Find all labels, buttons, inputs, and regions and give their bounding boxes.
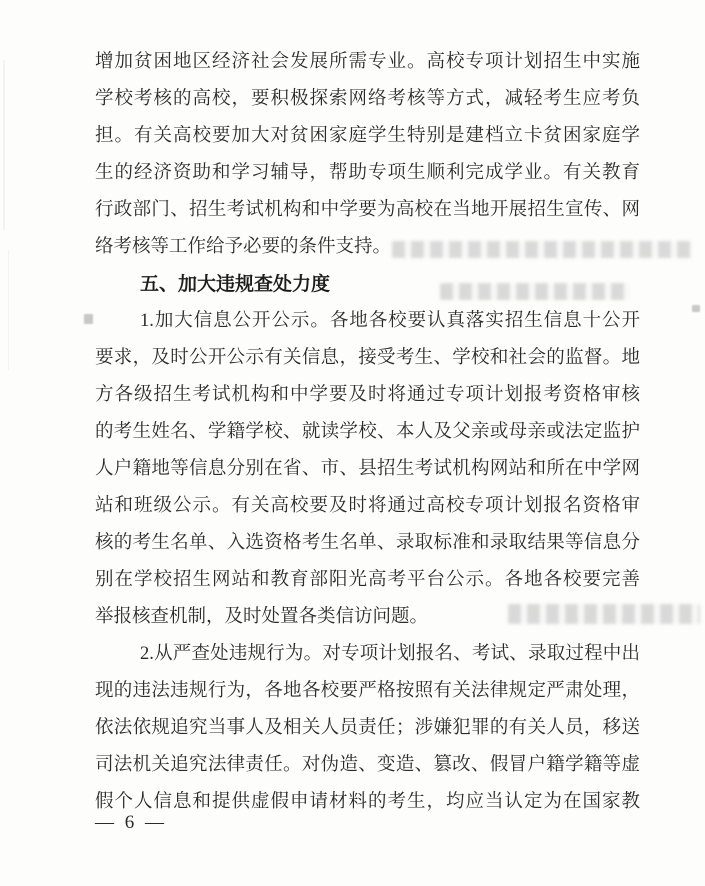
text-line: 依法依规追究当事人及相关人员责任；涉嫌犯罪的有关人员，移送 [95, 710, 640, 747]
ink-speck-artifact [84, 314, 93, 324]
text-line: 行政部门、招生考试机构和中学要为高校在当地开展招生宣传、网 [95, 192, 640, 229]
document-page: 增加贫困地区经济社会发展所需专业。高校专项计划招生中实施 学校考核的高校，要积极… [0, 0, 705, 886]
text-line: 增加贫困地区经济社会发展所需专业。高校专项计划招生中实施 [95, 44, 640, 81]
text-line: 核的考生名单、入选资格考生名单、录取标准和录取结果等信息分 [95, 525, 640, 562]
paragraph-lead-line: 2.从严查处违规行为。对专项计划报名、考试、录取过程中出 [95, 636, 640, 673]
text-line: 担。有关高校要加大对贫困家庭学生特别是建档立卡贫困家庭学 [95, 118, 640, 155]
section-heading: 五、加大违规查处力度 [95, 266, 640, 303]
text-line: 学校考核的高校，要积极探索网络考核等方式，减轻考生应考负 [95, 81, 640, 118]
text-line: 方各级招生考试机构和中学要及时将通过专项计划报考资格审核 [95, 377, 640, 414]
scan-streak-artifact [3, 60, 5, 230]
text-line: 生的经济资助和学习辅导，帮助专项生顺利完成学业。有关教育 [95, 155, 640, 192]
scan-streak-artifact [8, 250, 9, 370]
text-line: 站和班级公示。有关高校要及时将通过高校专项计划报名资格审 [95, 488, 640, 525]
text-line: 要求，及时公开公示有关信息，接受考生、学校和社会的监督。地 [95, 340, 640, 377]
text-line: 络考核等工作给予必要的条件支持。 [95, 229, 640, 266]
ink-speck-artifact [692, 305, 700, 312]
paragraph-lead-line: 1.加大信息公开公示。各地各校要认真落实招生信息十公开 [95, 303, 640, 340]
text-line: 别在学校招生网站和教育部阳光高考平台公示。各地各校要完善 [95, 562, 640, 599]
text-line: 的考生姓名、学籍学校、就读学校、本人及父亲或母亲或法定监护 [95, 414, 640, 451]
text-line: 司法机关追究法律责任。对伪造、变造、篡改、假冒户籍学籍等虚 [95, 747, 640, 784]
text-line: 假个人信息和提供虚假申请材料的考生，均应当认定为在国家教 [95, 784, 640, 821]
body-text: 增加贫困地区经济社会发展所需专业。高校专项计划招生中实施 学校考核的高校，要积极… [95, 44, 640, 821]
text-line: 举报核查机制，及时处置各类信访问题。 [95, 599, 640, 636]
text-line: 现的违法违规行为，各地各校要严格按照有关法律规定严肃处理， [95, 673, 640, 710]
page-number: — 6 — [95, 812, 167, 834]
text-line: 人户籍地等信息分别在省、市、县招生考试机构网站和所在中学网 [95, 451, 640, 488]
